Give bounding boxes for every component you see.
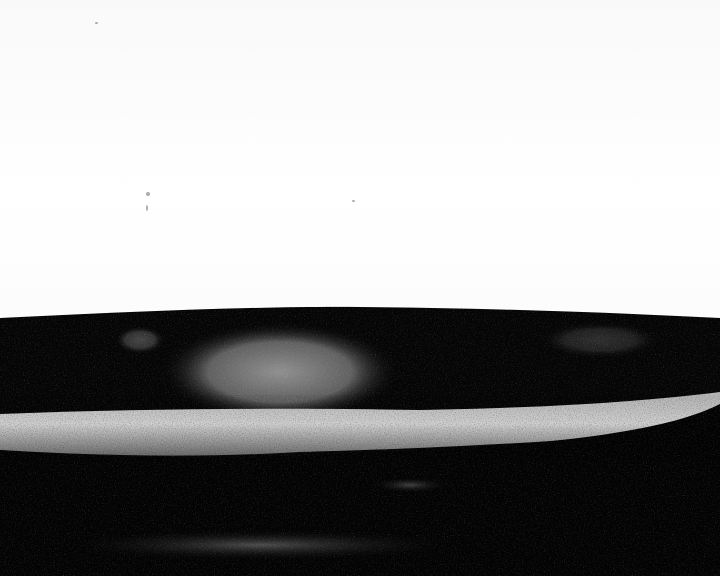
landscape — [0, 0, 720, 576]
photo-scene — [0, 0, 720, 576]
